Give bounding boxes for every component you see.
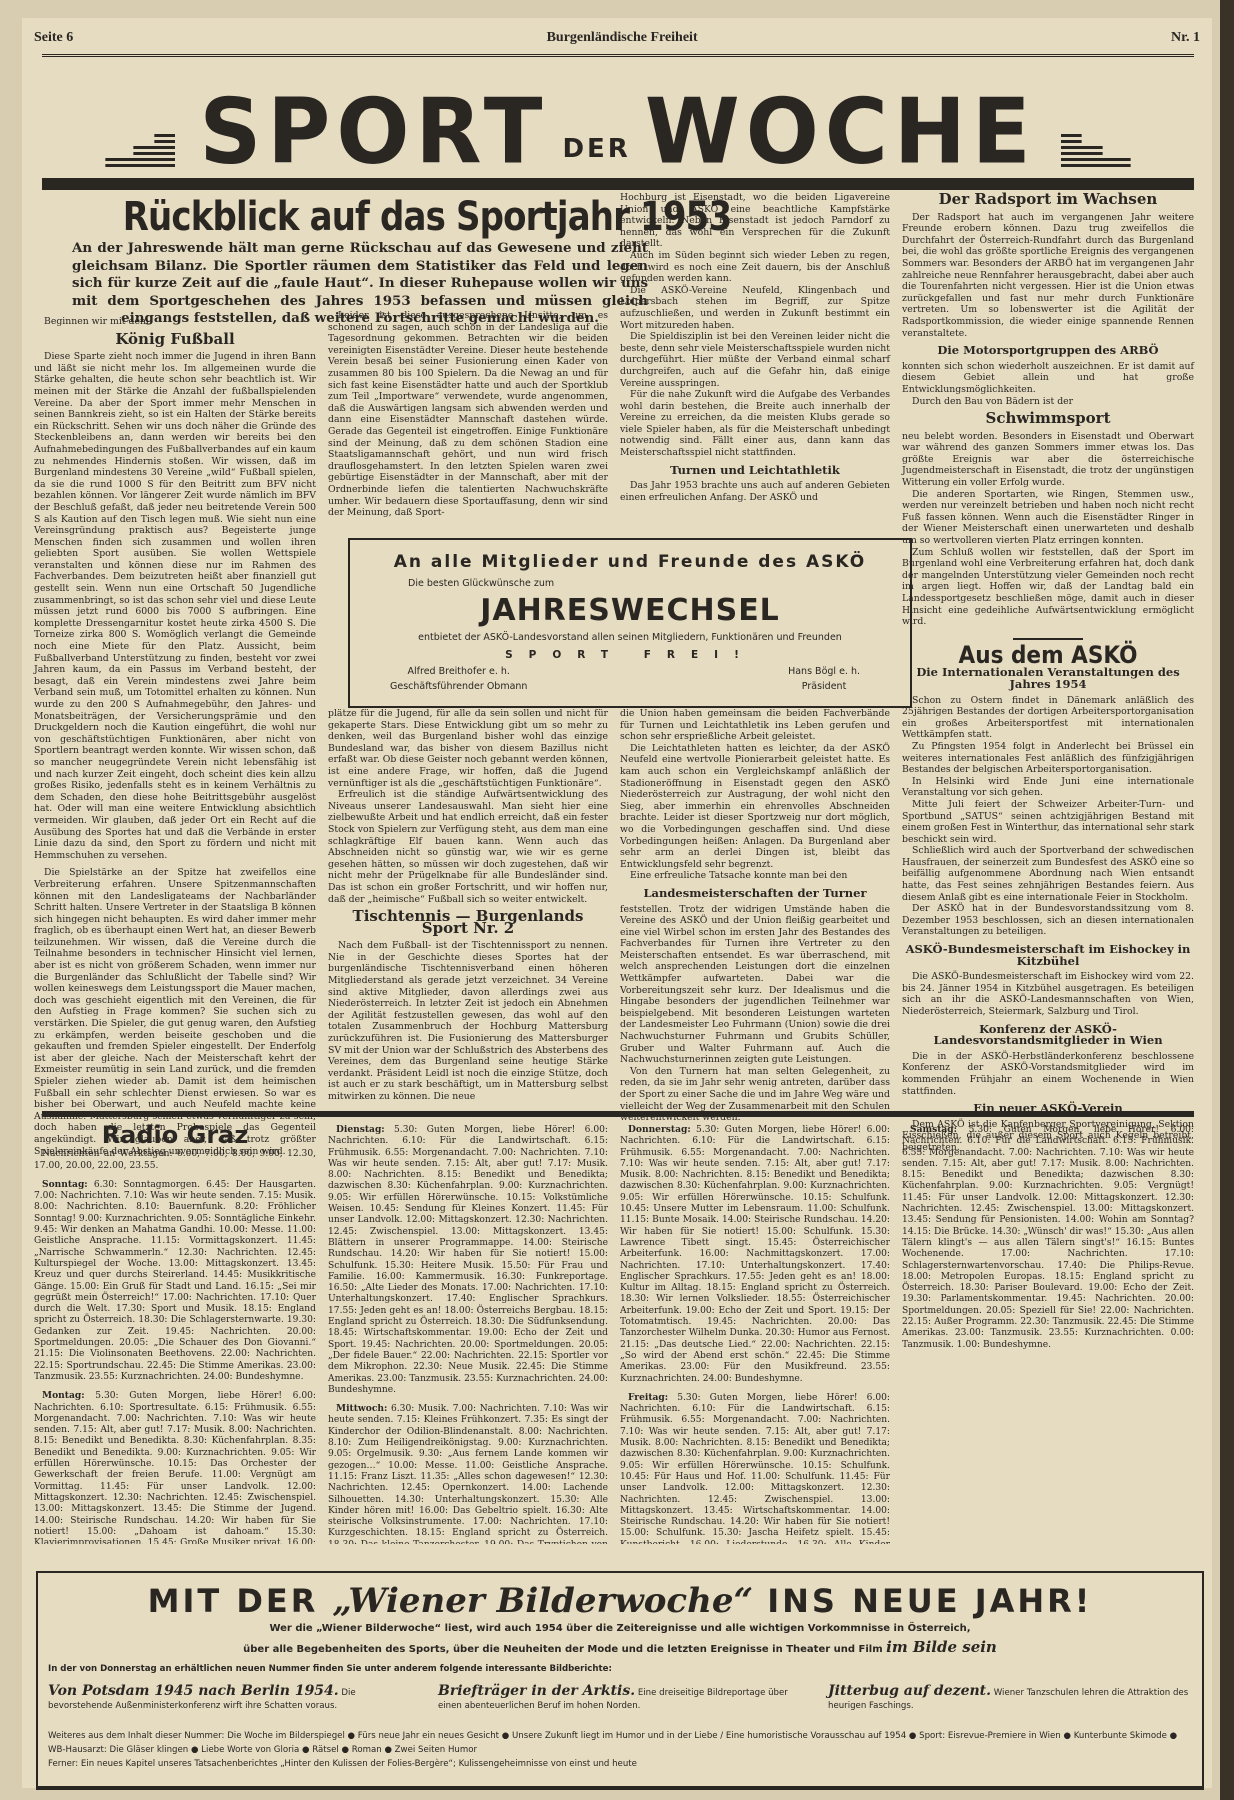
signature-name: Alfred Breithofer e. h. — [390, 664, 527, 679]
ad-feature: Von Potsdam 1945 nach Berlin 1954. Die b… — [48, 1685, 418, 1713]
ad-headline: MIT DER „Wiener Bilderwoche“ INS NEUE JA… — [38, 1581, 1202, 1621]
day-label: Dienstag: — [336, 1124, 385, 1135]
ad-feature: Jitterbug auf dezent. Wiener Tanzschulen… — [828, 1685, 1190, 1713]
paragraph: Zum Schluß wollen wir feststellen, daß d… — [902, 547, 1194, 628]
ad-brand-name: „Wiener Bilderwoche“ — [333, 1581, 754, 1621]
signature-name: Hans Bögl e. h. — [788, 664, 860, 679]
masthead-sport: SPORT — [199, 90, 548, 174]
day-program: 5.30: Guten Morgen, liebe Hörer! 6.00: N… — [328, 1125, 608, 1395]
paragraph: In Helsinki wird Ende Juni eine internat… — [902, 776, 1194, 799]
feature-title: Briefträger in der Arktis. — [438, 1683, 635, 1699]
paragraph: Mitte Juli feiert der Schweizer Arbeiter… — [902, 799, 1194, 845]
ad-line-3: In der von Donnerstag an erhältlichen ne… — [48, 1664, 1202, 1674]
newspaper-name: Burgenländische Freiheit — [547, 30, 698, 52]
paragraph: Schon zu Ostern findet in Dänemark anläß… — [902, 695, 1194, 741]
paragraph: Die ASKÖ-Bundesmeisterschaft im Eishocke… — [902, 971, 1194, 1017]
masthead-bar — [42, 178, 1194, 190]
page-binding-edge — [1220, 0, 1234, 1800]
feature-title: Jitterbug auf dezent. — [828, 1683, 991, 1699]
paragraph: Leider ist diese ausgesprochene Unsitte,… — [328, 310, 608, 519]
article-column-2-bottom: plätze für die Jugend, für alle da sein … — [328, 708, 608, 1103]
paragraph: Auch im Süden beginnt sich wieder Leben … — [620, 250, 890, 285]
newspaper-page: Seite 6 Burgenländische Freiheit Nr. 1 S… — [22, 18, 1212, 1788]
paragraph: Die Leichtathleten hatten es leichter, d… — [620, 743, 890, 871]
paragraph: Der Radsport hat auch im vergangenen Jah… — [902, 212, 1194, 340]
section-heading-turner: Landesmeisterschaften der Turner — [620, 888, 890, 900]
section-divider — [1013, 638, 1083, 640]
radio-day: Sonntag: 6.30: Sonntagmorgen. 6.45: Der … — [34, 1179, 316, 1383]
paragraph: neu belebt worden. Besonders in Eisensta… — [902, 431, 1194, 489]
paragraph: Erfreulich ist die ständige Aufwärtsentw… — [328, 789, 608, 905]
section-heading-motorsport: Die Motorsportgruppen des ARBÖ — [902, 345, 1194, 357]
radio-column-4: Samstag: 5.30: Guten Morgen, liebe Hörer… — [902, 1124, 1194, 1544]
asko-heading: Konferenz der ASKÖ-Landesvorstandsmitgli… — [902, 1024, 1194, 1047]
day-label: Donnerstag: — [628, 1124, 691, 1135]
paragraph: Hochburg ist Eisenstadt, wo die beiden L… — [620, 192, 890, 250]
greeting-text: entbietet der ASKÖ-Landesvorstand allen … — [350, 632, 910, 643]
ad-more-ferner: Ferner: Ein neues Kapitel unseres Tatsac… — [48, 1757, 1190, 1771]
day-label: Mittwoch: — [336, 1403, 387, 1414]
radio-day: Montag: 5.30: Guten Morgen, liebe Hörer!… — [34, 1390, 316, 1544]
paragraph: Durch den Bau von Bädern ist der — [902, 396, 1194, 408]
section-heading-radsport: Der Radsport im Wachsen — [902, 194, 1194, 206]
signature-title: Geschäftsführender Obmann — [390, 679, 527, 694]
day-label: Montag: — [42, 1390, 85, 1401]
paragraph: plätze für die Jugend, für alle da sein … — [328, 708, 608, 789]
greeting-jahreswechsel: JAHRESWECHSEL — [350, 593, 910, 628]
day-label: Samstag: — [910, 1124, 957, 1135]
paragraph: Nach dem Fußball- ist der Tischtennisspo… — [328, 940, 608, 1102]
section-heading-koenig-fussball: König Fußball — [34, 334, 316, 346]
page-header: Seite 6 Burgenländische Freiheit Nr. 1 — [34, 30, 1200, 52]
paragraph: konnten sich schon wiederholt auszeichne… — [902, 361, 1194, 396]
issue-number: Nr. 1 — [1171, 30, 1200, 52]
day-label: Freitag: — [628, 1392, 668, 1403]
radio-column-1: Radio Graz Nachrichten an Werktagen: 6.0… — [34, 1124, 316, 1544]
signature-right: Hans Bögl e. h. Präsident — [788, 664, 860, 694]
day-label: Sonntag: — [42, 1179, 88, 1190]
page-number: Seite 6 — [34, 30, 73, 52]
article-column-3-top: Hochburg ist Eisenstadt, wo die beiden L… — [620, 192, 890, 503]
paragraph: Eine erfreuliche Tatsache konnte man bei… — [620, 870, 890, 882]
ad-line-2-tail: im Bilde sein — [886, 1638, 997, 1656]
paragraph: Für die nahe Zukunft wird die Aufgabe de… — [620, 389, 890, 459]
ad-line-1: Wer die „Wiener Bilderwoche“ liest, wird… — [38, 1623, 1202, 1634]
ad-line-2-text: über alle Begebenheiten des Sports, über… — [243, 1644, 882, 1655]
paragraph: Diese Sparte zieht noch immer die Jugend… — [34, 351, 316, 861]
section-heading-schwimmsport: Schwimmsport — [902, 413, 1194, 425]
ad-headline-post: INS NEUE JAHR! — [767, 1582, 1092, 1620]
paragraph: die Union haben gemeinsam die beiden Fac… — [620, 708, 890, 743]
asko-heading: Die Internationalen Veranstaltungen des … — [902, 667, 1194, 690]
paragraph: Der ASKÖ hat in der Bundesvorstandssitzu… — [902, 903, 1194, 938]
paragraph: feststellen. Trotz der widrigen Umstände… — [620, 904, 890, 1066]
radio-day: Dienstag: 5.30: Guten Morgen, liebe Höre… — [328, 1124, 608, 1396]
asko-heading: ASKÖ-Bundesmeisterschaft im Eishockey in… — [902, 944, 1194, 967]
ad-headline-pre: MIT DER — [148, 1582, 319, 1620]
masthead-der: DER — [562, 134, 630, 164]
ad-more-contents: Weiteres aus dem Inhalt dieser Nummer: D… — [48, 1729, 1190, 1771]
article-column-2-top: Leider ist diese ausgesprochene Unsitte,… — [328, 310, 608, 519]
signature-title: Präsident — [788, 679, 860, 694]
decorative-steps-right-icon — [1061, 134, 1131, 168]
day-program: 5.30: Guten Morgen, liebe Hörer! 6.00: N… — [620, 1393, 890, 1544]
radio-day: Freitag: 5.30: Guten Morgen, liebe Hörer… — [620, 1392, 890, 1544]
radio-column-2: Dienstag: 5.30: Guten Morgen, liebe Höre… — [328, 1124, 608, 1544]
day-program: 5.30: Guten Morgen, liebe Hörer! 6.00: N… — [620, 1125, 890, 1384]
feature-title: Von Potsdam 1945 nach Berlin 1954. — [48, 1683, 339, 1699]
section-heading-tischtennis: Tischtennis — Burgenlands Sport Nr. 2 — [328, 911, 608, 934]
header-rule — [42, 54, 1194, 57]
asko-greeting-box: An alle Mitglieder und Freunde des ASKÖ … — [348, 538, 912, 708]
paragraph: Die anderen Sportarten, wie Ringen, Stem… — [902, 489, 1194, 547]
greeting-sport-frei: SPORT FREI! — [350, 649, 910, 661]
right-column: Der Radsport im Wachsen Der Radsport hat… — [902, 194, 1194, 1154]
day-program: 6.30: Sonntagmorgen. 6.45: Der Hausgarte… — [34, 1180, 316, 1382]
paragraph: Die Spieldisziplin ist bei den Vereinen … — [620, 331, 890, 389]
ad-line-2: über alle Begebenheiten des Sports, über… — [38, 1638, 1202, 1656]
section-intro: Beginnen wir mit dem — [34, 316, 316, 328]
article-column-3-bottom: die Union haben gemeinsam die beiden Fac… — [620, 708, 890, 1124]
asko-section-title: Aus dem ASKÖ — [917, 650, 1180, 662]
section-divider-bar — [42, 1111, 1194, 1117]
day-program: 6.30: Musik. 7.00: Nachrichten. 7.10: Wa… — [328, 1404, 608, 1544]
radio-day: Donnerstag: 5.30: Guten Morgen, liebe Hö… — [620, 1124, 890, 1385]
radio-graz-title: Radio Graz — [34, 1130, 316, 1141]
radio-day: Samstag: 5.30: Guten Morgen, liebe Hörer… — [902, 1124, 1194, 1351]
ad-more-list: Weiteres aus dem Inhalt dieser Nummer: D… — [48, 1729, 1190, 1757]
paragraph: Das Jahr 1953 brachte uns auch auf ander… — [620, 480, 890, 503]
masthead-woche: WOCHE — [645, 90, 1037, 174]
masthead: SPORT DER WOCHE — [42, 80, 1194, 172]
greeting-subline: Die besten Glückwünsche zum — [408, 578, 910, 589]
day-program: 5.30: Guten Morgen, liebe Hörer! 6.00: N… — [34, 1391, 316, 1544]
paragraph: Die in der ASKÖ-Herbstländerkonferenz be… — [902, 1051, 1194, 1097]
signature-left: Alfred Breithofer e. h. Geschäftsführend… — [390, 664, 527, 694]
wiener-bilderwoche-advertisement: MIT DER „Wiener Bilderwoche“ INS NEUE JA… — [36, 1571, 1204, 1790]
greeting-headline: An alle Mitglieder und Freunde des ASKÖ — [350, 552, 910, 572]
article-column-1: Beginnen wir mit dem König Fußball Diese… — [34, 310, 316, 1157]
radio-news-times: Nachrichten an Werktagen: 6.00, 7.00, 8.… — [34, 1149, 316, 1172]
section-heading-turnen: Turnen und Leichtathletik — [620, 465, 890, 477]
radio-day: Mittwoch: 6.30: Musik. 7.00: Nachrichten… — [328, 1403, 608, 1544]
radio-column-3: Donnerstag: 5.30: Guten Morgen, liebe Hö… — [620, 1124, 890, 1544]
paragraph: Schließlich wird auch der Sportverband d… — [902, 845, 1194, 903]
ad-feature: Briefträger in der Arktis. Eine dreiseit… — [438, 1685, 808, 1713]
paragraph: Die ASKÖ-Vereine Neufeld, Klingenbach un… — [620, 285, 890, 331]
day-program: 5.30: Guten Morgen, liebe Hörer! 6.00: N… — [902, 1125, 1194, 1350]
paragraph: Zu Pfingsten 1954 folgt in Anderlecht be… — [902, 741, 1194, 776]
decorative-steps-left-icon — [105, 134, 175, 168]
